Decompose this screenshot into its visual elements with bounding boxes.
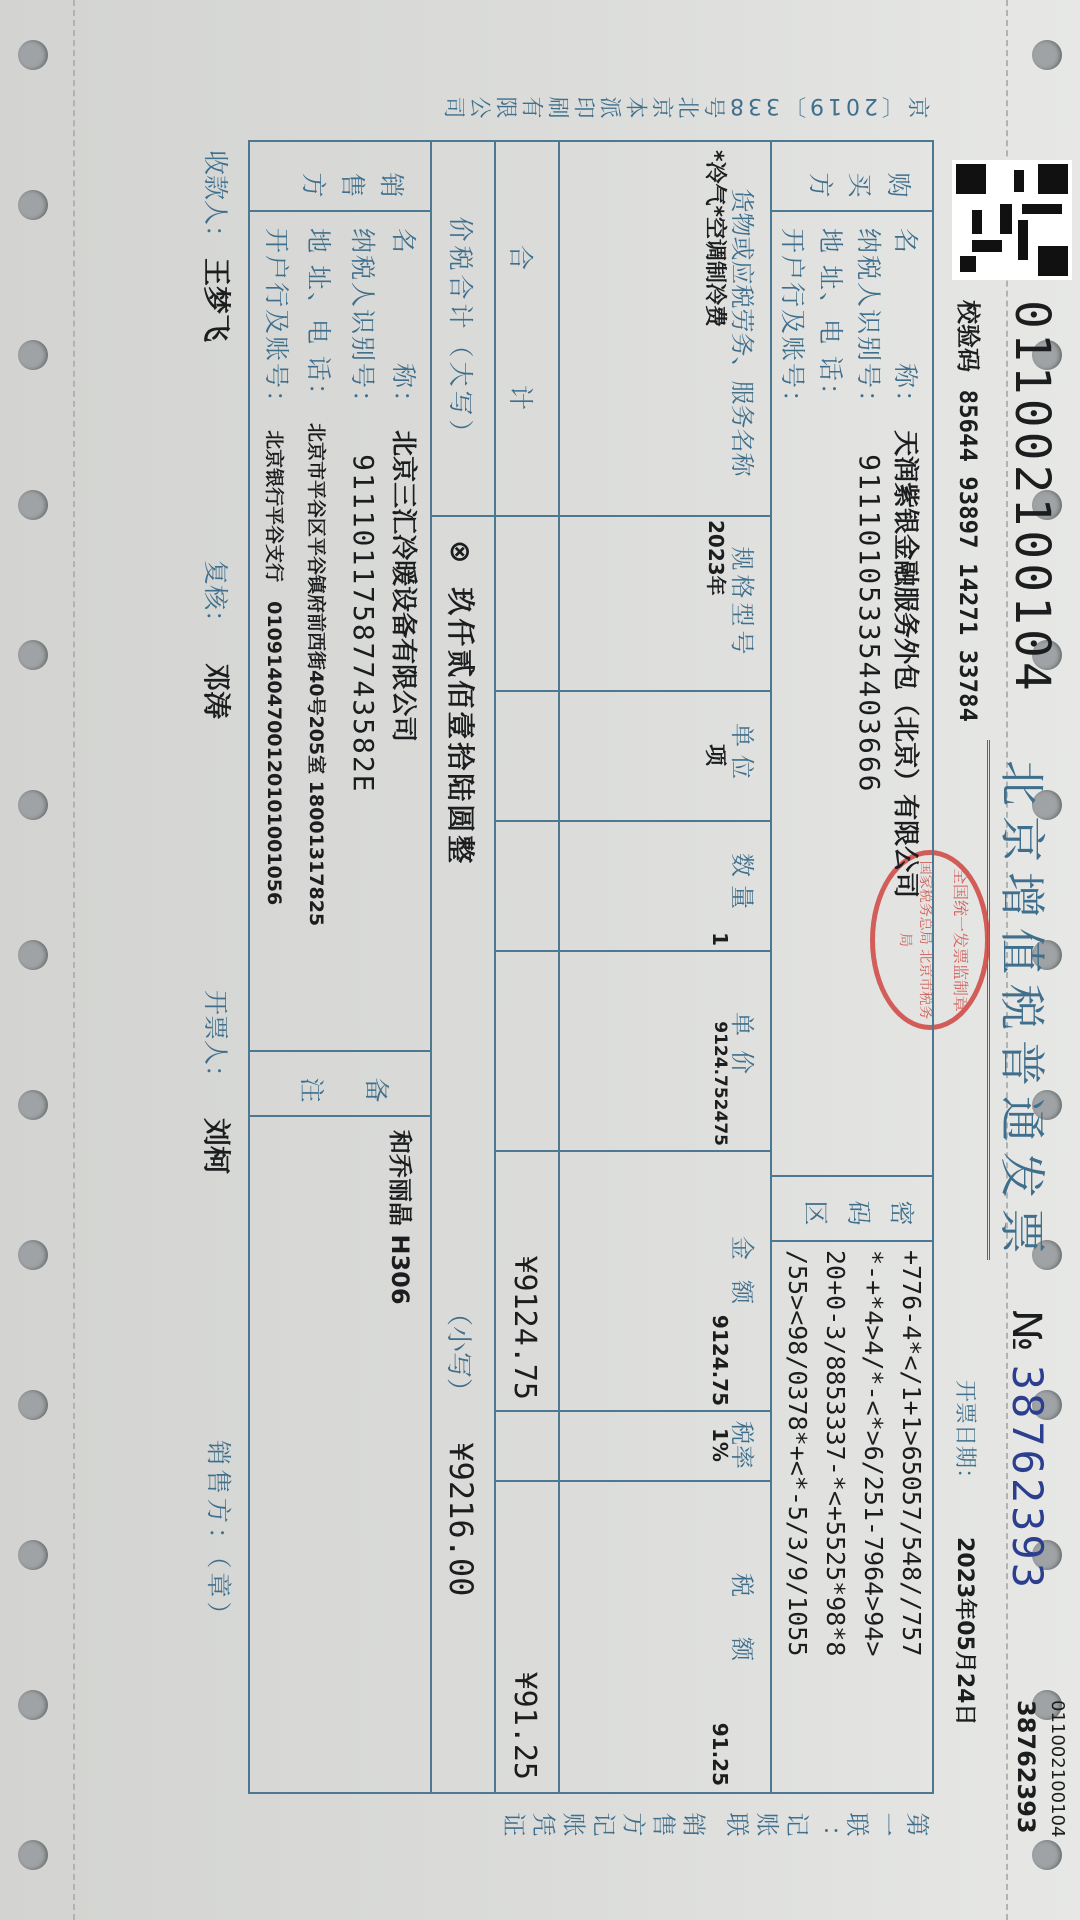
grand-total-words-row: ⊗ 玖仟贰佰壹拾陆圆整	[442, 540, 482, 866]
qr-code	[952, 160, 1072, 280]
item-tax: 91.25	[708, 1480, 732, 1786]
header-tax-amount: 税额	[727, 1480, 762, 1794]
seller-bank-row: 开户行及账号： 北京银行平谷支行 0109140470012010100105​…	[260, 228, 296, 905]
invoice-paper: 011002100104 校验码 85644 93897 14271 33784…	[0, 0, 1080, 1920]
total-tax: ¥91.25	[507, 1480, 542, 1780]
header-unit: 单位	[727, 690, 762, 820]
cipher-area-label: 密码区	[785, 1193, 915, 1229]
printer-note: 京〔2019〕338号北京本派印刷有限公司	[250, 90, 930, 121]
buyer-tax-id-label: 纳税人识别号：	[854, 228, 883, 417]
buyer-name: 天润紫银金融服务外包（北京）有限公司	[890, 430, 920, 898]
issue-date-row: 开票日期： 2023年05月24日	[951, 1380, 982, 1725]
total-label: 合 计	[504, 150, 540, 515]
item-unit: 项	[701, 690, 732, 820]
buyer-tax-id: 91110105335440366​6	[853, 454, 886, 793]
side-invoice-code: 011002100104	[1047, 1700, 1068, 1837]
seller-tax-id: 91110117587743582E	[347, 454, 380, 793]
item-amount: 9124.75	[708, 1150, 732, 1406]
header-unit-price: 单价	[727, 950, 762, 1150]
issuer-label: 开票人：	[201, 990, 230, 1090]
payee-label: 收款人：	[201, 150, 230, 250]
cipher-line: *-+*4>4/*-<*>6/251-7964>94>	[854, 1250, 892, 1656]
buyer-name-row: 名 称： 天润紫银金融服务外包（北京）有限公司	[889, 228, 926, 898]
invoice-number: 38762393	[1003, 1365, 1052, 1591]
seller-bank-label: 开户行及账号：	[262, 228, 291, 417]
seller-address: 北京市平谷区平谷镇府前西街40号205室 18001317825	[305, 423, 327, 926]
total-amount: ¥9124.75	[507, 1150, 542, 1400]
buyer-tax-id-row: 纳税人识别号： 91110105335440366​6	[852, 228, 888, 794]
seller-name-row: 名 称： 北京三汇冷暖设备有限公司	[387, 228, 424, 742]
seller-tax-id-label: 纳税人识别号：	[348, 228, 377, 417]
seller-name: 北京三汇冷暖设备有限公司	[388, 430, 418, 742]
title-underline	[987, 740, 990, 1260]
buyer-address-label: 地 址、电 话：	[816, 228, 845, 410]
grand-total-figures: ¥9216.00	[442, 1442, 480, 1596]
number-symbol: №	[1003, 1310, 1049, 1352]
grand-total-words: 玖仟贰佰壹拾陆圆整	[444, 587, 477, 866]
issue-date-label: 开票日期：	[952, 1380, 977, 1490]
buyer-section-label: 购买方	[782, 165, 912, 201]
check-code-row: 校验码 85644 93897 14271 33784	[953, 300, 988, 722]
reviewer-name: 邓涛	[200, 663, 233, 719]
issuer-row: 开票人： 刘柯	[198, 990, 238, 1174]
seller-address-row: 地 址、电 话： 北京市平谷区平谷镇府前西街40号205室 1800131782…	[302, 228, 338, 926]
cipher-line: /55><98/0378*+<*-5/3/9/1055	[778, 1250, 816, 1656]
header-qty: 数量	[727, 820, 762, 950]
issue-date: 2023年05月24日	[952, 1537, 977, 1725]
item-tax-rate: 1%	[708, 1410, 732, 1480]
buyer-bank-row: 开户行及账号：	[776, 228, 812, 417]
payee-name: 王梦飞	[200, 258, 233, 342]
header-item-name: 货物或应税劳务、服务名称	[727, 150, 762, 515]
seller-seal-label: 销售方：（章）	[202, 1440, 238, 1631]
seller-address-label: 地 址、电 话：	[304, 228, 333, 410]
invoice-number-row: № 38762393	[1003, 1310, 1052, 1591]
circle-x-icon: ⊗	[444, 540, 477, 563]
seller-bank: 北京银行平谷支行 0109140470012010100105​6	[263, 430, 285, 905]
reviewer-label: 复核：	[201, 560, 230, 635]
cipher-text: +776-4*</1+1>65057/548//757 *-+*4>4/*-<*…	[778, 1250, 930, 1656]
grand-total-label: 价税合计（大写）	[444, 150, 480, 515]
bottom-perforation-strip	[0, 0, 70, 1920]
seller-name-label: 名 称：	[389, 228, 418, 417]
seller-tax-id-row: 纳税人识别号： 91110117587743582E	[346, 228, 382, 794]
reviewer-row: 复核： 邓涛	[198, 560, 238, 719]
header-spec: 规格型号	[727, 515, 762, 690]
cipher-line: +776-4*</1+1>65057/548//757	[892, 1250, 930, 1656]
grand-total-figures-row: （小写） ¥9216.00	[442, 1300, 480, 1596]
seller-section-label: 销售方	[265, 165, 405, 201]
item-unit-price: 9124.752475	[710, 950, 730, 1146]
invoice-title: 北京增值税普通发票	[992, 760, 1058, 1264]
remarks-text: 和乔丽晶 H306	[385, 1130, 420, 1305]
item-qty: 1	[708, 820, 732, 946]
remarks-label: 备注	[270, 1070, 390, 1106]
check-code: 85644 93897 14271 33784	[954, 390, 982, 722]
header-amount: 金额	[727, 1150, 762, 1410]
buyer-name-label: 名 称：	[891, 228, 920, 417]
payee-row: 收款人： 王梦飞	[198, 150, 238, 342]
grand-total-small-label: （小写）	[443, 1300, 473, 1404]
header-tax-rate: 税率	[727, 1410, 762, 1480]
cipher-line: 20+0-3/8853337-*<+5525*98*8	[816, 1250, 854, 1656]
buyer-bank-label: 开户行及账号：	[778, 228, 807, 417]
invoice-code: 011002100104	[1004, 300, 1060, 695]
item-name: *冷气*空调制冷费	[701, 150, 732, 327]
issuer-name: 刘柯	[200, 1118, 233, 1174]
side-invoice-number: 38762393	[1012, 1700, 1040, 1834]
buyer-address-row: 地 址、电 话：	[814, 228, 850, 410]
copy-label: 第一联：记账联 销售方记账凭证	[250, 1805, 930, 1840]
check-code-label: 校验码	[954, 300, 982, 372]
item-spec: 2023年	[703, 520, 732, 596]
